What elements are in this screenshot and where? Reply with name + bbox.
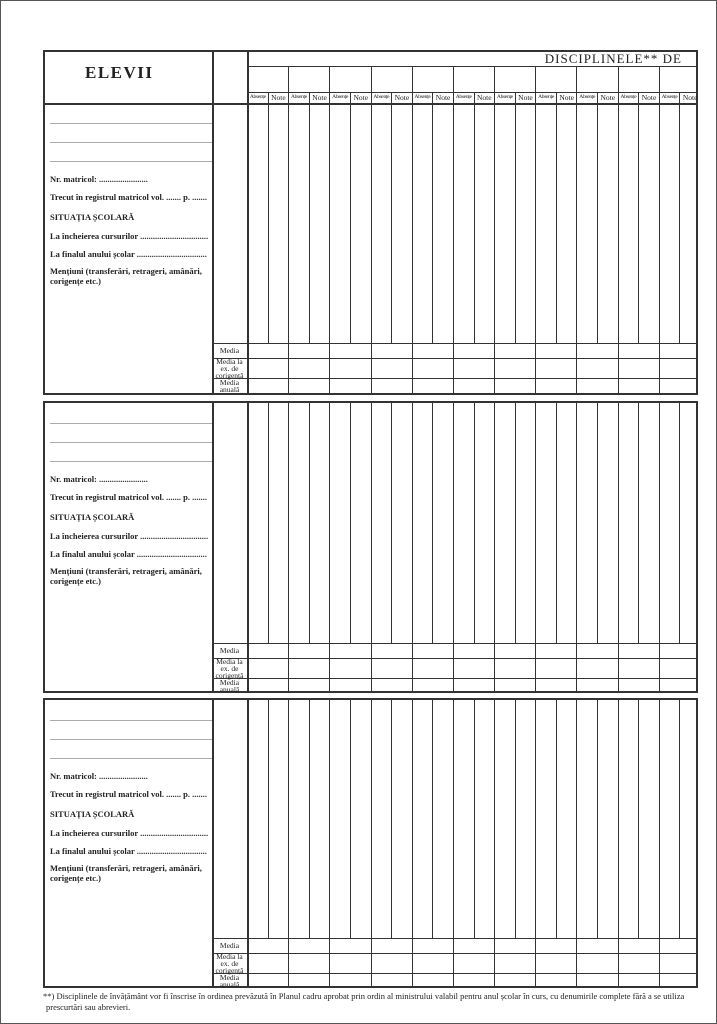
grades-column-header: Note	[557, 93, 577, 102]
name-line[interactable]: ........................................…	[50, 117, 214, 126]
footnote: **) Disciplinele de învățământ vor fi în…	[43, 991, 698, 1013]
discipline-name-cell[interactable]	[454, 67, 493, 91]
mentions-label: Mențiuni (transferări, retrageri, amânăr…	[50, 863, 202, 873]
absences-column-header: Absențe	[660, 94, 680, 100]
row-divider	[212, 643, 696, 644]
discipline-name-cell[interactable]	[577, 67, 616, 91]
row-label-media: Media	[212, 647, 247, 654]
mentions-label: corigențe etc.)	[50, 873, 101, 883]
row-label-media: Media	[212, 942, 247, 949]
grades-column-header: Note	[680, 93, 700, 102]
end-of-year-field[interactable]: La finalul anului școlar ...............…	[50, 846, 207, 856]
register-volume-field[interactable]: Trecut în registrul matricol vol. ......…	[50, 492, 207, 502]
grades-column-header: Note	[351, 93, 371, 102]
row-divider	[212, 678, 696, 679]
end-of-year-field[interactable]: La finalul anului școlar ...............…	[50, 249, 207, 259]
grades-column-header: Note	[475, 93, 495, 102]
absences-column-header: Absențe	[495, 94, 515, 100]
mentions-label: corigențe etc.)	[50, 576, 101, 586]
row-label-media-exam: Media laex. decorigență	[212, 953, 247, 974]
row-divider	[212, 343, 696, 344]
row-divider	[212, 938, 696, 939]
row-label-line: anuală	[212, 386, 247, 393]
grades-column-header: Note	[639, 93, 659, 102]
name-line[interactable]: ........................................…	[50, 733, 214, 742]
row-label-media: Media	[212, 347, 247, 354]
row-label-media-annual: Mediaanuală	[212, 379, 247, 393]
end-of-year-field[interactable]: La finalul anului școlar ...............…	[50, 549, 207, 559]
grades-entry-area[interactable]	[249, 700, 696, 938]
grades-column-header: Note	[310, 93, 330, 102]
grades-column-header: Note	[433, 93, 453, 102]
school-status-title: SITUAȚIA ȘCOLARĂ	[50, 512, 134, 522]
student-block: MediaMedia laex. decorigențăMediaanuală.…	[43, 401, 698, 693]
discipline-name-cell[interactable]	[372, 67, 411, 91]
end-of-courses-field[interactable]: La încheierea cursurilor ...............…	[50, 231, 208, 241]
end-of-courses-field[interactable]: La încheierea cursurilor ...............…	[50, 531, 208, 541]
school-status-title: SITUAȚIA ȘCOLARĂ	[50, 809, 134, 819]
discipline-name-cell[interactable]	[248, 67, 287, 91]
discipline-name-cell[interactable]	[495, 67, 534, 91]
row-label-media-annual: Mediaanuală	[212, 974, 247, 988]
register-volume-field[interactable]: Trecut în registrul matricol vol. ......…	[50, 192, 207, 202]
disciplines-title: DISCIPLINELE** DE	[545, 51, 682, 67]
name-line[interactable]: ........................................…	[50, 417, 214, 426]
grades-entry-area[interactable]	[249, 403, 696, 643]
absences-column-header: Absențe	[577, 94, 597, 100]
row-divider	[212, 973, 696, 974]
footnote-line-2: prescurtări sau abrevieri.	[43, 1002, 698, 1013]
absences-column-header: Absențe	[536, 94, 556, 100]
row-divider	[212, 658, 696, 659]
discipline-name-cell[interactable]	[536, 67, 575, 91]
register-volume-field[interactable]: Trecut în registrul matricol vol. ......…	[50, 789, 207, 799]
absences-column-header: Absențe	[289, 94, 309, 100]
absences-column-header: Absențe	[413, 94, 433, 100]
school-status-title: SITUAȚIA ȘCOLARĂ	[50, 212, 134, 222]
grades-column-header: Note	[516, 93, 536, 102]
student-block: MediaMedia laex. decorigențăMediaanuală.…	[43, 103, 698, 395]
student-block: MediaMedia laex. decorigențăMediaanuală.…	[43, 698, 698, 988]
row-label-line: anuală	[212, 981, 247, 988]
discipline-name-cell[interactable]	[289, 67, 328, 91]
row-label-media-annual: Mediaanuală	[212, 679, 247, 693]
header-table: ELEVII DISCIPLINELE** DE AbsențeNoteAbse…	[43, 50, 698, 105]
matricol-number-field[interactable]: Nr. matricol: .......................	[50, 474, 148, 484]
row-label-line: anuală	[212, 686, 247, 693]
grades-entry-area[interactable]	[249, 103, 696, 343]
matricol-number-field[interactable]: Nr. matricol: .......................	[50, 174, 148, 184]
absences-column-header: Absențe	[372, 94, 392, 100]
mentions-label: Mențiuni (transferări, retrageri, amânăr…	[50, 266, 202, 276]
students-column-title: ELEVII	[85, 63, 154, 83]
discipline-name-cell[interactable]	[619, 67, 658, 91]
row-label-media-exam: Media laex. decorigență	[212, 658, 247, 679]
absences-column-header: Absențe	[330, 94, 350, 100]
grades-column-header: Note	[598, 93, 618, 102]
name-line[interactable]: ........................................…	[50, 155, 214, 164]
mentions-label: corigențe etc.)	[50, 276, 101, 286]
absences-column-header: Absențe	[619, 94, 639, 100]
discipline-name-cell[interactable]	[413, 67, 452, 91]
row-divider	[212, 358, 696, 359]
row-divider	[212, 378, 696, 379]
discipline-name-cell[interactable]	[660, 67, 699, 91]
footnote-line-1: **) Disciplinele de învățământ vor fi în…	[43, 991, 698, 1002]
mentions-label: Mențiuni (transferări, retrageri, amânăr…	[50, 566, 202, 576]
name-line[interactable]: ........................................…	[50, 136, 214, 145]
end-of-courses-field[interactable]: La încheierea cursurilor ...............…	[50, 828, 208, 838]
matricol-number-field[interactable]: Nr. matricol: .......................	[50, 771, 148, 781]
header-col-divider	[212, 52, 214, 103]
grades-column-header: Note	[269, 93, 289, 102]
absences-column-header: Absențe	[248, 94, 268, 100]
name-line[interactable]: ........................................…	[50, 714, 214, 723]
discipline-name-cell[interactable]	[330, 67, 369, 91]
row-divider	[212, 953, 696, 954]
name-line[interactable]: ........................................…	[50, 436, 214, 445]
row-label-media-exam: Media laex. decorigență	[212, 358, 247, 379]
name-line[interactable]: ........................................…	[50, 455, 214, 464]
grades-column-header: Note	[392, 93, 412, 102]
absences-column-header: Absențe	[454, 94, 474, 100]
name-line[interactable]: ........................................…	[50, 752, 214, 761]
